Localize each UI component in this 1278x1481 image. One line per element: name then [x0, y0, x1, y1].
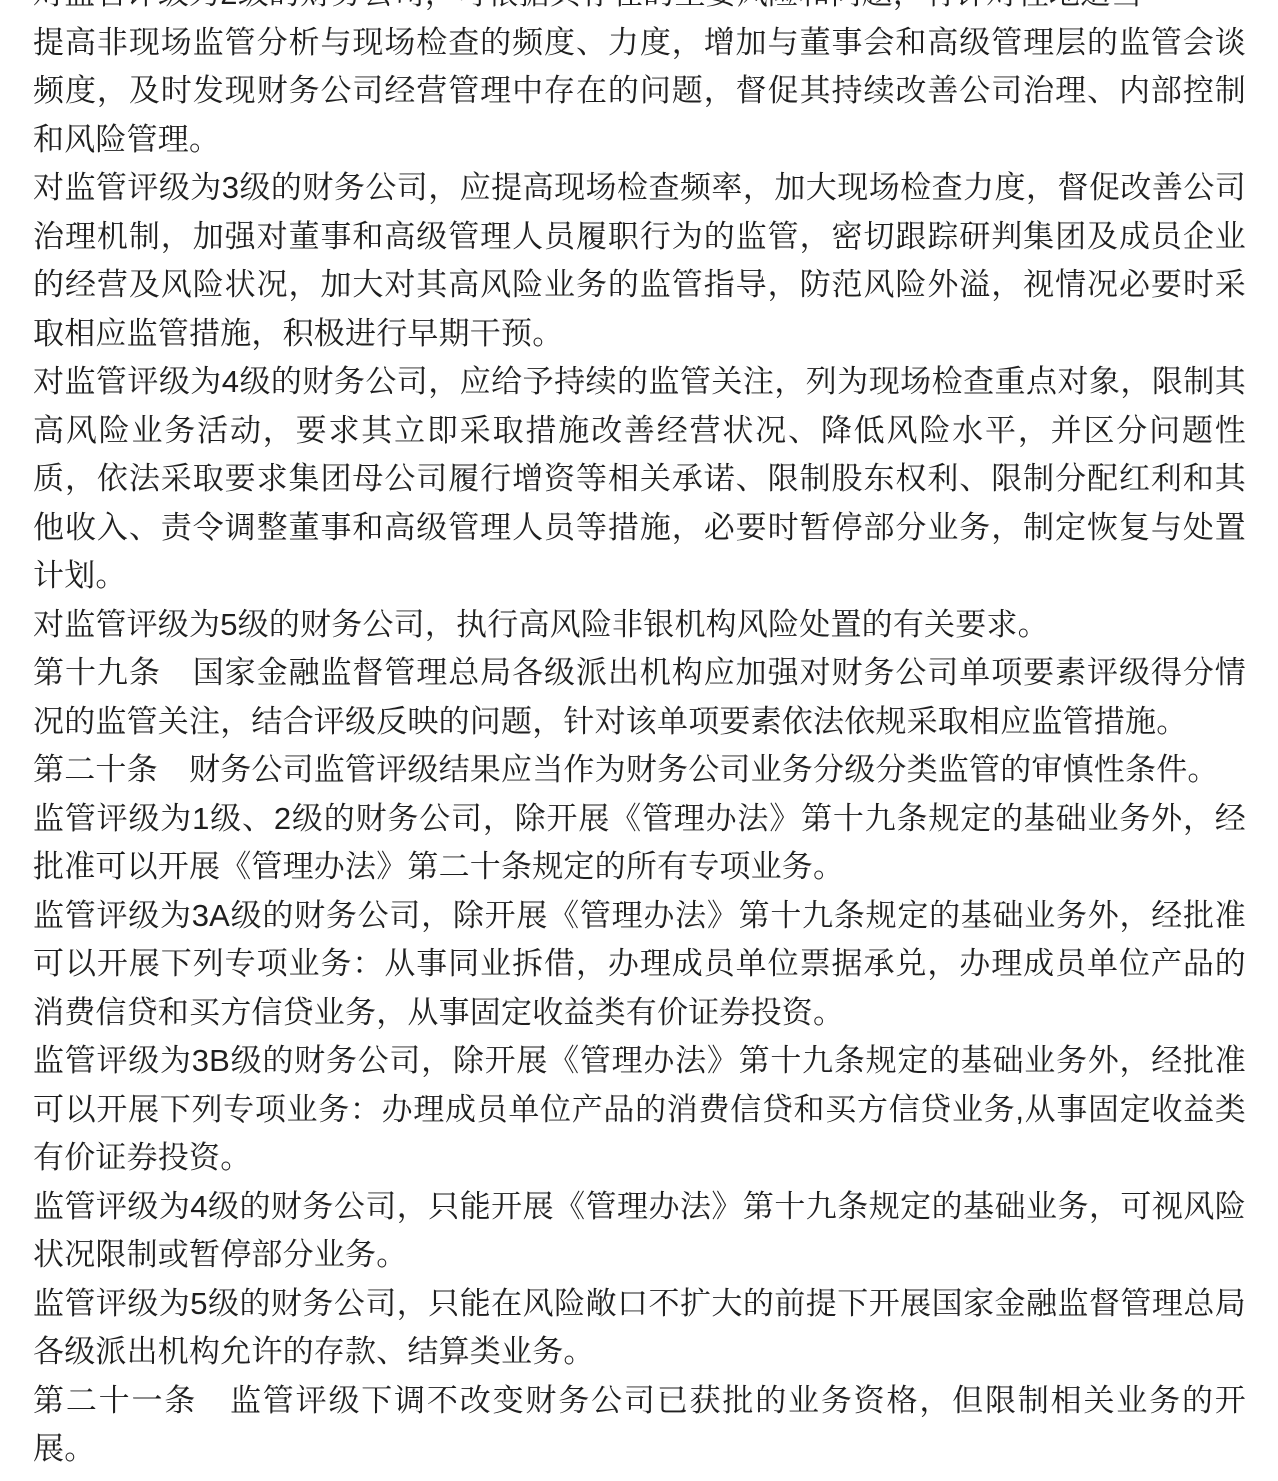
paragraph-article-20: 第二十条 财务公司监管评级结果应当作为财务公司业务分级分类监管的审慎性条件。 — [33, 746, 1246, 795]
document-page: 对监管评级为2级的财务公司，可根据其存在的主要风险和问题，有针对性地适当 提高非… — [0, 0, 1278, 1474]
paragraph-rating-5-business: 监管评级为5级的财务公司，只能在风险敞口不扩大的前提下开展国家金融监督管理总局各… — [33, 1280, 1246, 1377]
paragraph-article-21: 第二十一条 监管评级下调不改变财务公司已获批的业务资格，但限制相关业务的开展。 — [33, 1377, 1246, 1474]
paragraph-rating-1-2-business: 监管评级为1级、2级的财务公司，除开展《管理办法》第十九条规定的基础业务外，经批… — [33, 795, 1246, 892]
paragraph-rating-2-continuation: 提高非现场监管分析与现场检查的频度、力度，增加与董事会和高级管理层的监管会谈频度… — [33, 19, 1246, 165]
paragraph-rating-4-measures: 对监管评级为4级的财务公司，应给予持续的监管关注，列为现场检查重点对象，限制其高… — [33, 358, 1246, 601]
document-viewport: 对监管评级为2级的财务公司，可根据其存在的主要风险和问题，有针对性地适当 提高非… — [0, 0, 1278, 1481]
paragraph-rating-3: 对监管评级为3级的财务公司，应提高现场检查频率，加大现场检查力度，督促改善公司治… — [33, 164, 1246, 358]
paragraph-rating-5-measures: 对监管评级为5级的财务公司，执行高风险非银机构风险处置的有关要求。 — [33, 601, 1246, 650]
paragraph-rating-4-business: 监管评级为4级的财务公司，只能开展《管理办法》第十九条规定的基础业务，可视风险状… — [33, 1183, 1246, 1280]
clipped-top-paragraph-line: 对监管评级为2级的财务公司，可根据其存在的主要风险和问题，有针对性地适当 — [33, 0, 1246, 19]
paragraph-rating-3b-business: 监管评级为3B级的财务公司，除开展《管理办法》第十九条规定的基础业务外，经批准可… — [33, 1037, 1246, 1183]
paragraph-article-19: 第十九条 国家金融监督管理总局各级派出机构应加强对财务公司单项要素评级得分情况的… — [33, 649, 1246, 746]
paragraph-rating-3a-business: 监管评级为3A级的财务公司，除开展《管理办法》第十九条规定的基础业务外，经批准可… — [33, 892, 1246, 1038]
